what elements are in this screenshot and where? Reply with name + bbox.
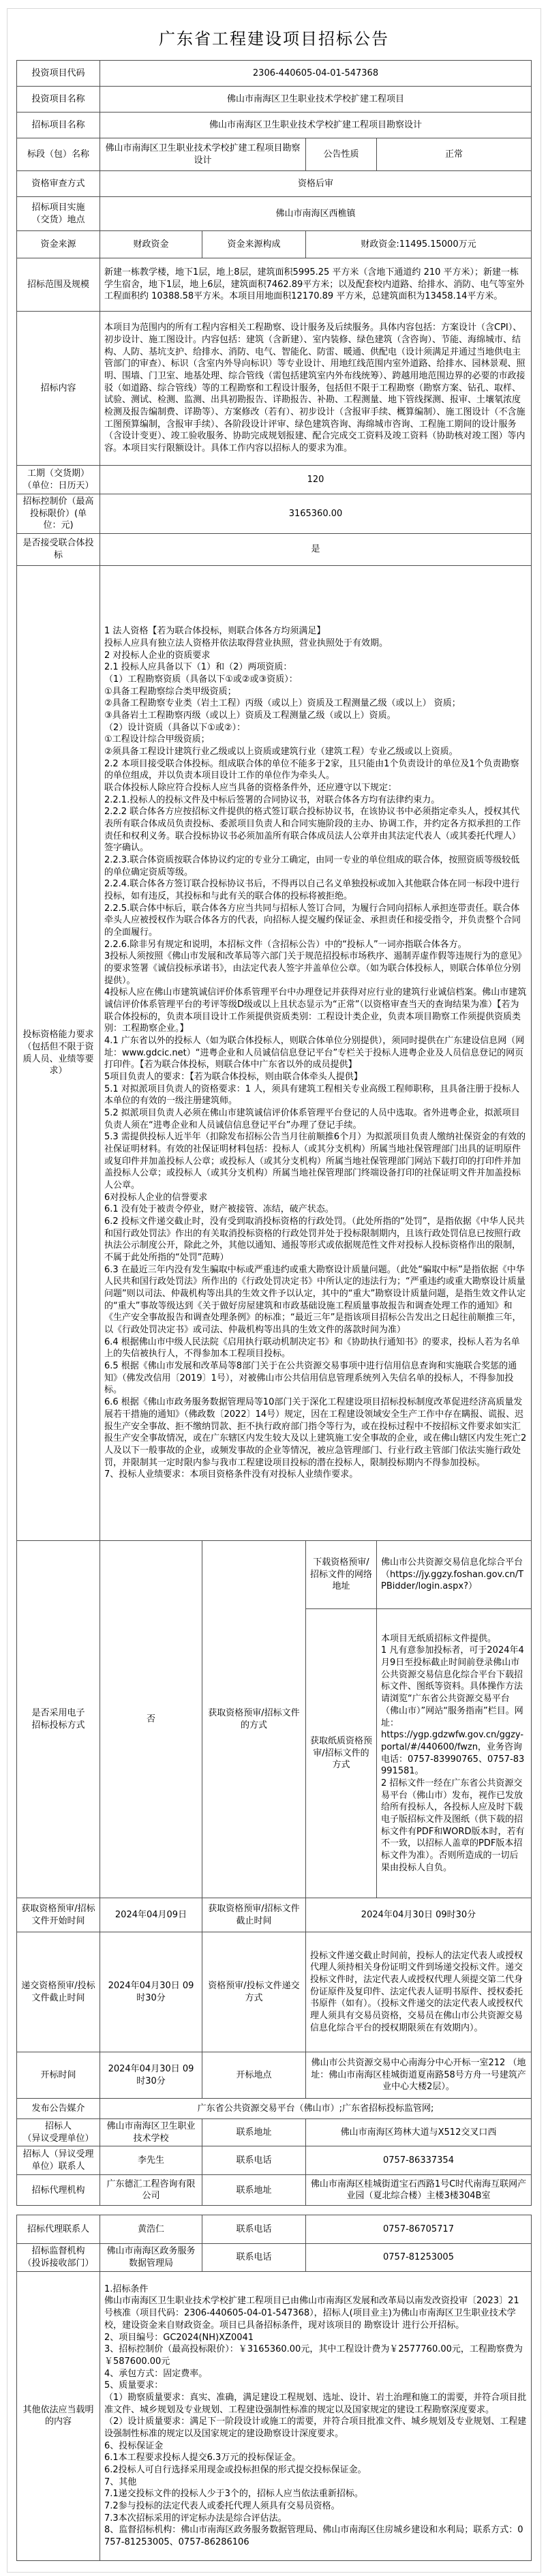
tender-content-value: 本项目为范围内的所有工程内容相关工程勘察、设计服务及后续服务。具体内容包括：方案… xyxy=(100,312,532,466)
agency-address-value: 佛山市南海区桂城街道宝石西路1号C时代南海互联网产业园（夏北综合楼）主楼3楼30… xyxy=(306,2175,532,2206)
tender-control-price-label: 招标控制价（最高投标限价）(单位：元) xyxy=(17,494,100,534)
electronic-bidding-value: 否 xyxy=(100,1541,202,1898)
download-url-label: 下载资格预审/招标文件的网络地址 xyxy=(306,1541,377,1609)
submission-deadline-value: 2024年04月30日 09时30分 xyxy=(100,1932,202,2052)
section-package-name-value: 佛山市南海区卫生职业技术学校扩建工程项目勘察设计 xyxy=(100,138,306,171)
bidder-qualification-requirements-value: 1 法人资格【若为联合体投标，则联合体各方均须满足】 投标人应具有独立法人资格并… xyxy=(100,566,532,1541)
tender-info-table: 投资项目代码 2306-440605-04-01-547368 投资项目名称 佛… xyxy=(16,60,532,2206)
tender-content-label: 招标内容 xyxy=(17,312,100,466)
supervision-phone-label: 联系电话 xyxy=(202,2244,305,2271)
document-obtain-deadline-label: 获取资格预审/招标文件截止时间 xyxy=(202,1898,306,1932)
table-gap xyxy=(16,2206,532,2215)
submission-deadline-label: 递交资格预审/投标文件截止时间 xyxy=(17,1932,100,2052)
tenderer-phone-value: 0757-86337354 xyxy=(306,2146,532,2175)
download-url-value: 佛山市公共资源交易信息化综合平台（https://jy.ggzy.foshan.… xyxy=(377,1541,532,1609)
tender-control-price-value: 3165360.00 xyxy=(100,494,532,534)
tender-project-name-value: 佛山市南海区卫生职业技术学校扩建工程项目勘察设计 xyxy=(100,113,532,138)
section-package-name-label: 标段（包）名称 xyxy=(17,138,100,171)
bid-opening-time-label: 开标时间 xyxy=(17,2052,100,2099)
implementation-location-value: 佛山市南海区西樵镇 xyxy=(100,197,532,231)
funding-source-label: 资金来源 xyxy=(17,231,100,258)
document-obtain-start-time-value: 2024年04月09日 xyxy=(100,1898,202,1932)
supervision-authority-label: 招标监督机构 （投诉接收部门） xyxy=(16,2244,100,2271)
document-obtain-deadline-value: 2024年04月30日 09时30分 xyxy=(306,1898,532,1932)
investment-project-name-value: 佛山市南海区卫生职业技术学校扩建工程项目 xyxy=(100,87,532,113)
tenderer-address-label: 联系地址 xyxy=(202,2119,306,2146)
electronic-bidding-label: 是否采用电子 招标投标方式 xyxy=(17,1541,100,1898)
other-contents-value: 1.招标条件 佛山市南海区卫生职业技术学校扩建工程项目已由佛山市南海区发展和改革… xyxy=(100,2271,531,2560)
announcement-nature-value: 正常 xyxy=(377,138,532,171)
tender-scope-scale-value: 新建一栋教学楼，地下1层，地上8层，建筑面积5995.25 平方米（含地下通道约… xyxy=(100,258,532,312)
tenderer-contact-value: 李先生 xyxy=(100,2146,202,2175)
implementation-location-label: 招标项目实施 （交货）地点 xyxy=(17,197,100,231)
investment-project-code-label: 投资项目代码 xyxy=(17,61,100,87)
construction-period-value: 120 xyxy=(100,466,532,494)
consortium-bidding-accepted-label: 是否接受联合体投标 xyxy=(17,534,100,566)
paper-document-method-value: 本项目无纸质招标文件提供。 1 凡有意参加投标者，可于2024年4月9日至投标截… xyxy=(377,1609,532,1898)
tenderer-contact-label: 招标人（异议受理单位）联系人 xyxy=(17,2146,100,2175)
page-title: 广东省工程建设项目招标公告 xyxy=(16,25,532,49)
tenderer-value: 佛山市南海区卫生职业技术学校 xyxy=(100,2119,202,2146)
document-obtain-start-time-label: 获取资格预审/招标文件开始时间 xyxy=(17,1898,100,1932)
supervision-phone-value: 0757-81253005 xyxy=(305,2244,531,2271)
tenderer-label: 招标人 （异议受理单位） xyxy=(17,2119,100,2146)
investment-project-code-value: 2306-440605-04-01-547368 xyxy=(100,61,532,87)
other-contents-label: 其他依法应当载明 的内容 xyxy=(16,2271,100,2560)
document-obtaining-method-label: 获取资格预审/招标文件的方式 xyxy=(202,1541,306,1898)
bid-opening-place-label: 开标地点 xyxy=(202,2052,306,2099)
agency-contact-value: 黄浩仁 xyxy=(100,2215,202,2244)
agency-contact-label: 招标代理联系人 xyxy=(16,2215,100,2244)
paper-document-method-label: 获取纸质资格预审/招标文件的方式 xyxy=(306,1609,377,1898)
agency-phone-label: 联系电话 xyxy=(202,2215,305,2244)
qualification-review-method-label: 资格审查方式 xyxy=(17,171,100,197)
submission-method-label: 资格预审/投标文件递交方式 xyxy=(202,1932,306,2052)
announcement-nature-label: 公告性质 xyxy=(306,138,377,171)
tender-scope-scale-label: 招标范围及规模 xyxy=(17,258,100,312)
agency-value: 广东德汇工程咨询有限公司 xyxy=(100,2175,202,2206)
funding-source-value: 财政资金 xyxy=(100,231,202,258)
agency-address-label: 联系地址 xyxy=(202,2175,306,2206)
announcement-page: 广东省工程建设项目招标公告 投资项目代码 2306-440605-04-01-5… xyxy=(7,8,541,2573)
tender-project-name-label: 招标项目名称 xyxy=(17,113,100,138)
bid-opening-time-value: 2024年04月30日 09时30分 xyxy=(100,2052,202,2099)
agency-phone-value: 0757-86705717 xyxy=(305,2215,531,2244)
tenderer-phone-label: 联系电话 xyxy=(202,2146,306,2175)
announcement-media-label: 发布公告媒介 xyxy=(17,2099,100,2119)
consortium-bidding-accepted-value: 是 xyxy=(100,534,532,566)
investment-project-name-label: 投资项目名称 xyxy=(17,87,100,113)
bid-opening-place-value: 佛山市公共资源交易中心南海分中心开标一室212 （地址：佛山市南海区桂城街道夏南… xyxy=(306,2052,532,2099)
announcement-media-value: 广东省公共资源交易平台（佛山市）;广东省招标投标监管网; xyxy=(100,2099,532,2119)
supervision-authority-value: 佛山市南海区政务服务数据管理局 xyxy=(100,2244,202,2271)
bidder-qualification-requirements-label: 投标资格能力要求（包括但不限于资质人员、业绩等要求） xyxy=(17,566,100,1541)
construction-period-label: 工期（交货期） （单位：日历天） xyxy=(17,466,100,494)
qualification-review-method-value: 资格后审 xyxy=(100,171,532,197)
funding-composition-value: 财政资金:11495.15000万元 xyxy=(306,231,532,258)
tender-contact-table: 招标代理联系人 黄浩仁 联系电话 0757-86705717 招标监督机构 （投… xyxy=(16,2215,532,2560)
tenderer-address-value: 佛山市南海区筠林大道与X512交叉口西 xyxy=(306,2119,532,2146)
agency-label: 招标代理机构 xyxy=(17,2175,100,2206)
submission-method-value: 投标文件递交截止时间前，投标人的法定代表人或授权代理人须持相关身份证明文件到场递… xyxy=(306,1932,532,2052)
funding-composition-label: 资金来源构成 xyxy=(202,231,306,258)
